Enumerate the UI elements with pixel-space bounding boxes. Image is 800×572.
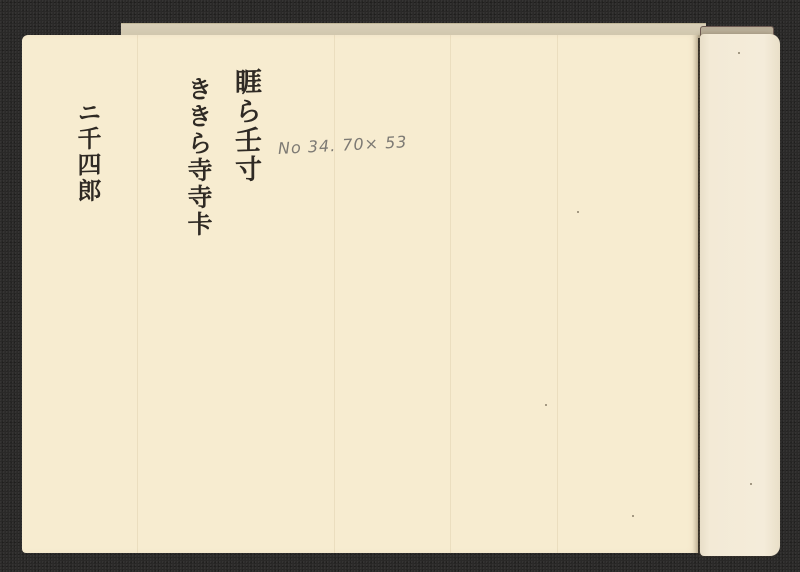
page-ruling-line — [557, 35, 558, 553]
album-page — [22, 35, 698, 553]
calligraphy-column-3: ニ千四郎 — [70, 99, 105, 204]
page-ruling-line — [334, 35, 335, 553]
paper-speck — [632, 515, 634, 517]
scan-background: 睚ら壬寸 ききら寺寺卡 ニ千四郎 No 34. 70× 53 — [0, 0, 800, 572]
paper-speck — [738, 52, 740, 54]
folded-flap — [700, 34, 780, 556]
paper-speck — [750, 483, 752, 485]
calligraphy-column-1: 睚ら壬寸 — [226, 67, 265, 184]
calligraphy-column-2: ききら寺寺卡 — [180, 75, 216, 238]
paper-speck — [545, 404, 547, 406]
page-ruling-line — [450, 35, 451, 553]
paper-speck — [577, 211, 579, 213]
page-ruling-line — [137, 35, 138, 553]
